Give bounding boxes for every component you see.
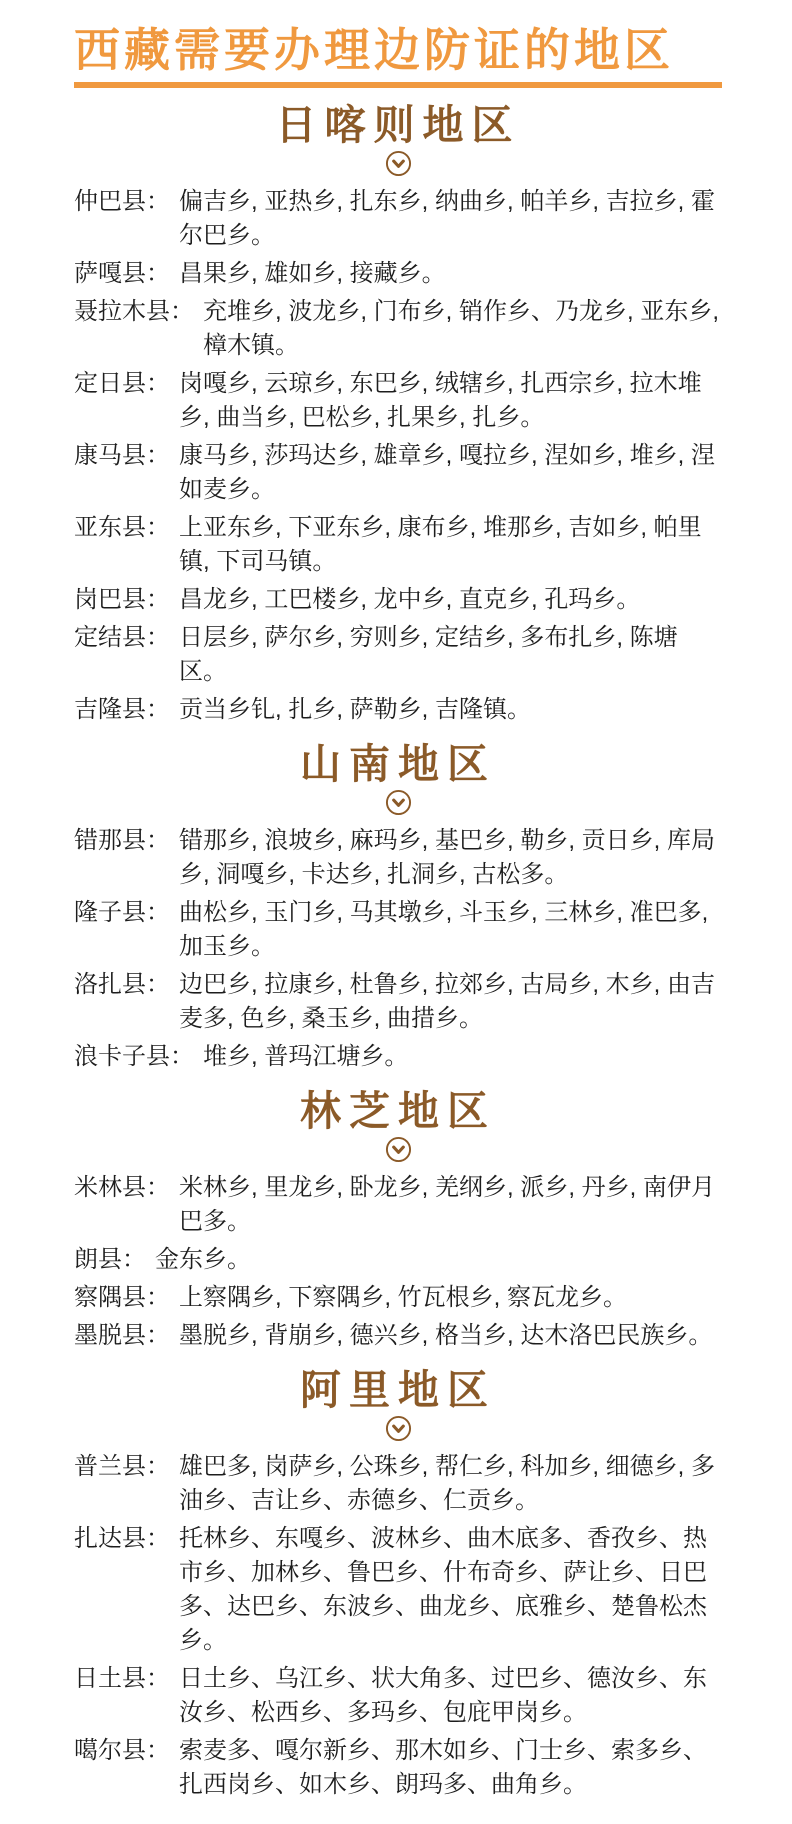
county-entry: 噶尔县： 索麦多、嘎尔新乡、那木如乡、门士乡、索多乡、扎西岗乡、如木乡、朗玛多、… (74, 1734, 722, 1802)
county-entries: 仲巴县： 偏吉乡, 亚热乡, 扎东乡, 纳曲乡, 帕羊乡, 吉拉乡, 霍尔巴乡。… (74, 185, 722, 727)
county-name: 日土县： (74, 1662, 170, 1696)
township-list: 错那乡, 浪坡乡, 麻玛乡, 基巴乡, 勒乡, 贡日乡, 库局乡, 洞嘎乡, 卡… (179, 824, 722, 892)
township-list: 墨脱乡, 背崩乡, 德兴乡, 格当乡, 达木洛巴民族乡。 (179, 1319, 722, 1353)
region-title: 阿里地区 (74, 1367, 722, 1414)
county-entry: 亚东县： 上亚东乡, 下亚东乡, 康布乡, 堆那乡, 吉如乡, 帕里镇, 下司马… (74, 511, 722, 579)
county-name: 朗县： (74, 1243, 146, 1277)
township-list: 岗嘎乡, 云琼乡, 东巴乡, 绒辖乡, 扎西宗乡, 拉木堆乡, 曲当乡, 巴松乡… (179, 367, 722, 435)
county-name: 噶尔县： (74, 1734, 170, 1768)
county-name: 定日县： (74, 367, 170, 401)
page: 西藏需要办理边防证的地区 日喀则地区 仲巴县： 偏吉乡, 亚热乡, 扎东乡, 纳… (0, 0, 792, 1824)
county-entry: 墨脱县： 墨脱乡, 背崩乡, 德兴乡, 格当乡, 达木洛巴民族乡。 (74, 1319, 722, 1353)
county-name: 错那县： (74, 824, 170, 858)
township-list: 金东乡。 (155, 1243, 722, 1277)
county-name: 察隅县： (74, 1281, 170, 1315)
county-name: 定结县： (74, 621, 170, 655)
sections-container: 日喀则地区 仲巴县： 偏吉乡, 亚热乡, 扎东乡, 纳曲乡, 帕羊乡, 吉拉乡,… (74, 102, 722, 1803)
county-entry: 错那县： 错那乡, 浪坡乡, 麻玛乡, 基巴乡, 勒乡, 贡日乡, 库局乡, 洞… (74, 824, 722, 892)
chevron-down-in-circle-icon (74, 1415, 722, 1443)
township-list: 偏吉乡, 亚热乡, 扎东乡, 纳曲乡, 帕羊乡, 吉拉乡, 霍尔巴乡。 (179, 185, 722, 253)
county-entry: 日土县： 日土乡、乌江乡、状大角多、过巴乡、德汝乡、东汝乡、松西乡、多玛乡、包庇… (74, 1662, 722, 1730)
county-name: 洛扎县： (74, 968, 170, 1002)
county-entry: 朗县： 金东乡。 (74, 1243, 722, 1277)
township-list: 曲松乡, 玉门乡, 马其墩乡, 斗玉乡, 三林乡, 准巴多, 加玉乡。 (179, 896, 722, 964)
township-list: 堆乡, 普玛江塘乡。 (203, 1040, 722, 1074)
township-list: 上亚东乡, 下亚东乡, 康布乡, 堆那乡, 吉如乡, 帕里镇, 下司马镇。 (179, 511, 722, 579)
township-list: 充堆乡, 波龙乡, 门布乡, 销作乡、乃龙乡, 亚东乡, 樟木镇。 (203, 295, 722, 363)
region-section: 阿里地区 普兰县： 雄巴多, 岗萨乡, 公珠乡, 帮仁乡, 科加乡, 细德乡, … (74, 1367, 722, 1802)
chevron-down-in-circle-icon (74, 1136, 722, 1164)
county-name: 吉隆县： (74, 693, 170, 727)
county-entry: 隆子县： 曲松乡, 玉门乡, 马其墩乡, 斗玉乡, 三林乡, 准巴多, 加玉乡。 (74, 896, 722, 964)
county-entry: 吉隆县： 贡当乡钆, 扎乡, 萨勒乡, 吉隆镇。 (74, 693, 722, 727)
county-name: 萨嘎县： (74, 257, 170, 291)
township-list: 托林乡、东嘎乡、波林乡、曲木底多、香孜乡、热市乡、加林乡、鲁巴乡、什布奇乡、萨让… (179, 1522, 722, 1658)
county-name: 康马县： (74, 439, 170, 473)
title-underline (74, 82, 722, 88)
region-section: 日喀则地区 仲巴县： 偏吉乡, 亚热乡, 扎东乡, 纳曲乡, 帕羊乡, 吉拉乡,… (74, 102, 722, 727)
region-title: 日喀则地区 (74, 102, 722, 149)
township-list: 昌龙乡, 工巴楼乡, 龙中乡, 直克乡, 孔玛乡。 (179, 583, 722, 617)
township-list: 索麦多、嘎尔新乡、那木如乡、门士乡、索多乡、扎西岗乡、如木乡、朗玛多、曲角乡。 (179, 1734, 722, 1802)
township-list: 日土乡、乌江乡、状大角多、过巴乡、德汝乡、东汝乡、松西乡、多玛乡、包庇甲岗乡。 (179, 1662, 722, 1730)
page-title: 西藏需要办理边防证的地区 (74, 24, 722, 77)
township-list: 米林乡, 里龙乡, 卧龙乡, 羌纲乡, 派乡, 丹乡, 南伊月巴多。 (179, 1171, 722, 1239)
county-name: 扎达县： (74, 1522, 170, 1556)
region-section: 林芝地区 米林县： 米林乡, 里龙乡, 卧龙乡, 羌纲乡, 派乡, 丹乡, 南伊… (74, 1088, 722, 1353)
county-entry: 岗巴县： 昌龙乡, 工巴楼乡, 龙中乡, 直克乡, 孔玛乡。 (74, 583, 722, 617)
county-name: 岗巴县： (74, 583, 170, 617)
county-name: 聂拉木县： (74, 295, 194, 329)
county-entry: 聂拉木县： 充堆乡, 波龙乡, 门布乡, 销作乡、乃龙乡, 亚东乡, 樟木镇。 (74, 295, 722, 363)
county-entry: 萨嘎县： 昌果乡, 雄如乡, 接藏乡。 (74, 257, 722, 291)
county-entry: 米林县： 米林乡, 里龙乡, 卧龙乡, 羌纲乡, 派乡, 丹乡, 南伊月巴多。 (74, 1171, 722, 1239)
county-name: 隆子县： (74, 896, 170, 930)
county-entries: 米林县： 米林乡, 里龙乡, 卧龙乡, 羌纲乡, 派乡, 丹乡, 南伊月巴多。 … (74, 1171, 722, 1353)
township-list: 上察隅乡, 下察隅乡, 竹瓦根乡, 察瓦龙乡。 (179, 1281, 722, 1315)
region-title: 山南地区 (74, 741, 722, 788)
county-name: 仲巴县： (74, 185, 170, 219)
township-list: 康马乡, 莎玛达乡, 雄章乡, 嘎拉乡, 涅如乡, 堆乡, 涅如麦乡。 (179, 439, 722, 507)
chevron-down-in-circle-icon (74, 789, 722, 817)
region-title: 林芝地区 (74, 1088, 722, 1135)
county-entry: 定日县： 岗嘎乡, 云琼乡, 东巴乡, 绒辖乡, 扎西宗乡, 拉木堆乡, 曲当乡… (74, 367, 722, 435)
township-list: 贡当乡钆, 扎乡, 萨勒乡, 吉隆镇。 (179, 693, 722, 727)
county-entry: 定结县： 日层乡, 萨尔乡, 穷则乡, 定结乡, 多布扎乡, 陈塘区。 (74, 621, 722, 689)
county-name: 普兰县： (74, 1450, 170, 1484)
township-list: 边巴乡, 拉康乡, 杜鲁乡, 拉郊乡, 古局乡, 木乡, 由吉麦多, 色乡, 桑… (179, 968, 722, 1036)
county-entry: 康马县： 康马乡, 莎玛达乡, 雄章乡, 嘎拉乡, 涅如乡, 堆乡, 涅如麦乡。 (74, 439, 722, 507)
county-entries: 错那县： 错那乡, 浪坡乡, 麻玛乡, 基巴乡, 勒乡, 贡日乡, 库局乡, 洞… (74, 824, 722, 1074)
county-entry: 洛扎县： 边巴乡, 拉康乡, 杜鲁乡, 拉郊乡, 古局乡, 木乡, 由吉麦多, … (74, 968, 722, 1036)
county-entry: 浪卡子县： 堆乡, 普玛江塘乡。 (74, 1040, 722, 1074)
county-name: 浪卡子县： (74, 1040, 194, 1074)
county-name: 墨脱县： (74, 1319, 170, 1353)
county-name: 米林县： (74, 1171, 170, 1205)
county-entries: 普兰县： 雄巴多, 岗萨乡, 公珠乡, 帮仁乡, 科加乡, 细德乡, 多油乡、吉… (74, 1450, 722, 1802)
county-entry: 普兰县： 雄巴多, 岗萨乡, 公珠乡, 帮仁乡, 科加乡, 细德乡, 多油乡、吉… (74, 1450, 722, 1518)
chevron-down-in-circle-icon (74, 150, 722, 178)
township-list: 日层乡, 萨尔乡, 穷则乡, 定结乡, 多布扎乡, 陈塘区。 (179, 621, 722, 689)
county-entry: 察隅县： 上察隅乡, 下察隅乡, 竹瓦根乡, 察瓦龙乡。 (74, 1281, 722, 1315)
county-name: 亚东县： (74, 511, 170, 545)
region-section: 山南地区 错那县： 错那乡, 浪坡乡, 麻玛乡, 基巴乡, 勒乡, 贡日乡, 库… (74, 741, 722, 1074)
county-entry: 扎达县： 托林乡、东嘎乡、波林乡、曲木底多、香孜乡、热市乡、加林乡、鲁巴乡、什布… (74, 1522, 722, 1658)
township-list: 昌果乡, 雄如乡, 接藏乡。 (179, 257, 722, 291)
county-entry: 仲巴县： 偏吉乡, 亚热乡, 扎东乡, 纳曲乡, 帕羊乡, 吉拉乡, 霍尔巴乡。 (74, 185, 722, 253)
township-list: 雄巴多, 岗萨乡, 公珠乡, 帮仁乡, 科加乡, 细德乡, 多油乡、吉让乡、赤德… (179, 1450, 722, 1518)
